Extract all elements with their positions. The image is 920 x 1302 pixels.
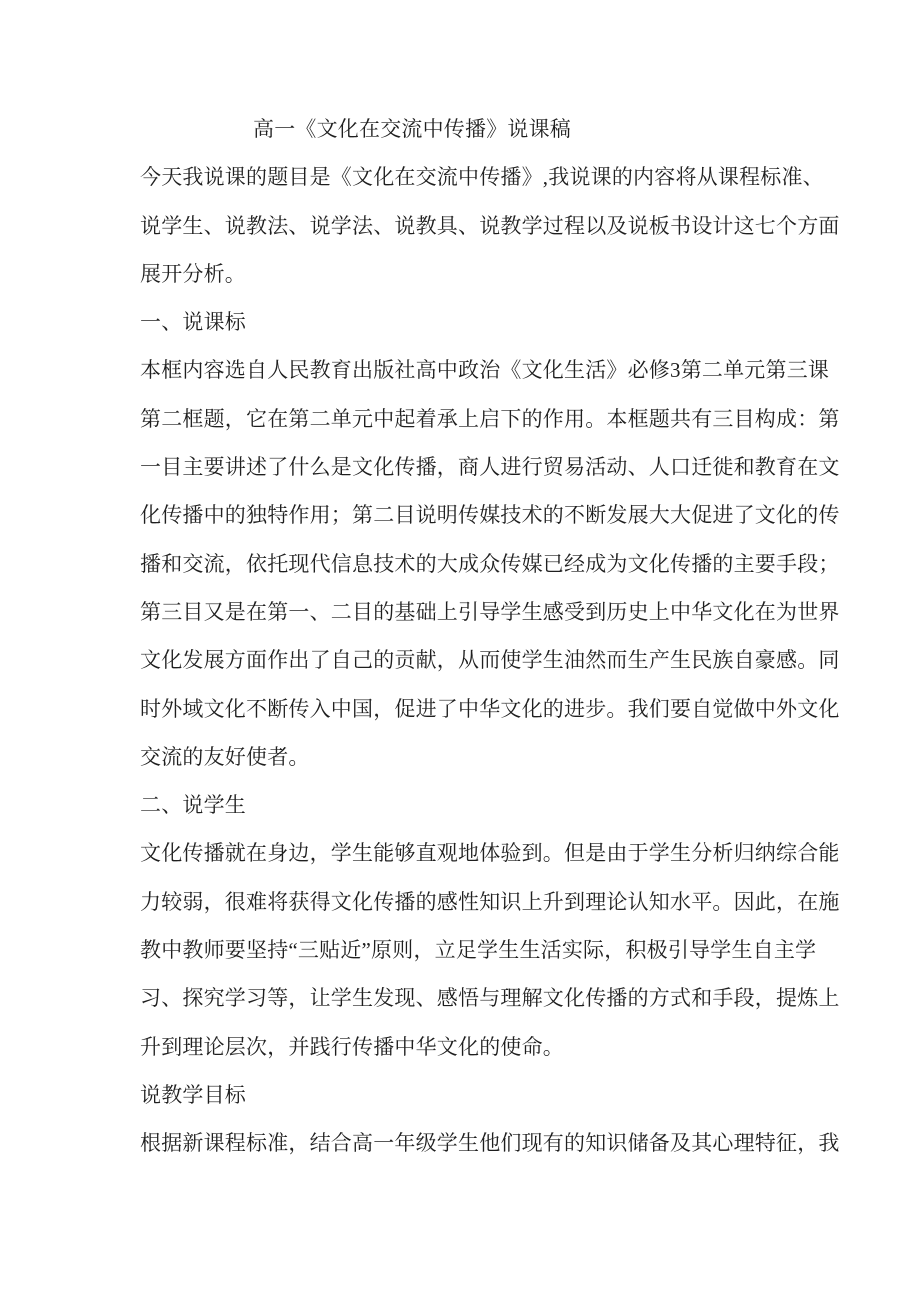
document-title: 高一《文化在交流中传播》说课稿 xyxy=(140,105,790,153)
text-line: 今天我说课的题目是《文化在交流中传播》,我说课的内容将从课程标准、 xyxy=(140,153,790,201)
section-heading: 一、说课标 xyxy=(140,298,790,346)
text-line: 展开分析。 xyxy=(140,250,790,298)
text-line: 第二框题，它在第二单元中起着承上启下的作用。本框题共有三目构成：第 xyxy=(140,395,790,443)
text-line: 习、探究学习等，让学生发现、感悟与理解文化传播的方式和手段，提炼上 xyxy=(140,974,790,1022)
text-line: 化传播中的独特作用；第二目说明传媒技术的不断发展大大促进了文化的传 xyxy=(140,491,790,539)
text-line: 播和交流，依托现代信息技术的大成众传媒已经成为文化传播的主要手段； xyxy=(140,540,790,588)
text-line: 交流的友好使者。 xyxy=(140,733,790,781)
document-page: 高一《文化在交流中传播》说课稿今天我说课的题目是《文化在交流中传播》,我说课的内… xyxy=(0,0,920,1302)
text-line: 文化发展方面作出了自己的贡献，从而使学生油然而生产生民族自豪感。同 xyxy=(140,636,790,684)
text-line: 文化传播就在身边，学生能够直观地体验到。但是由于学生分析归纳综合能 xyxy=(140,829,790,877)
text-line: 升到理论层次，并践行传播中华文化的使命。 xyxy=(140,1023,790,1071)
text-line: 时外域文化不断传入中国，促进了中华文化的进步。我们要自觉做中外文化 xyxy=(140,685,790,733)
text-line: 说学生、说教法、说学法、说教具、说教学过程以及说板书设计这七个方面 xyxy=(140,202,790,250)
text-line: 根据新课程标准，结合高一年级学生他们现有的知识储备及其心理特征，我 xyxy=(140,1119,790,1167)
text-line: 教中教师要坚持“三贴近”原则，立足学生生活实际，积极引导学生自主学 xyxy=(140,926,790,974)
text-line: 力较弱，很难将获得文化传播的感性知识上升到理论认知水平。因此，在施 xyxy=(140,878,790,926)
text-line: 第三目又是在第一、二目的基础上引导学生感受到历史上中华文化在为世界 xyxy=(140,588,790,636)
text-line: 一目主要讲述了什么是文化传播，商人进行贸易活动、人口迁徙和教育在文 xyxy=(140,443,790,491)
document-body: 高一《文化在交流中传播》说课稿今天我说课的题目是《文化在交流中传播》,我说课的内… xyxy=(140,105,790,1168)
section-heading: 说教学目标 xyxy=(140,1071,790,1119)
text-line: 本框内容选自人民教育出版社高中政治《文化生活》必修3第二单元第三课 xyxy=(140,346,790,394)
section-heading: 二、说学生 xyxy=(140,781,790,829)
